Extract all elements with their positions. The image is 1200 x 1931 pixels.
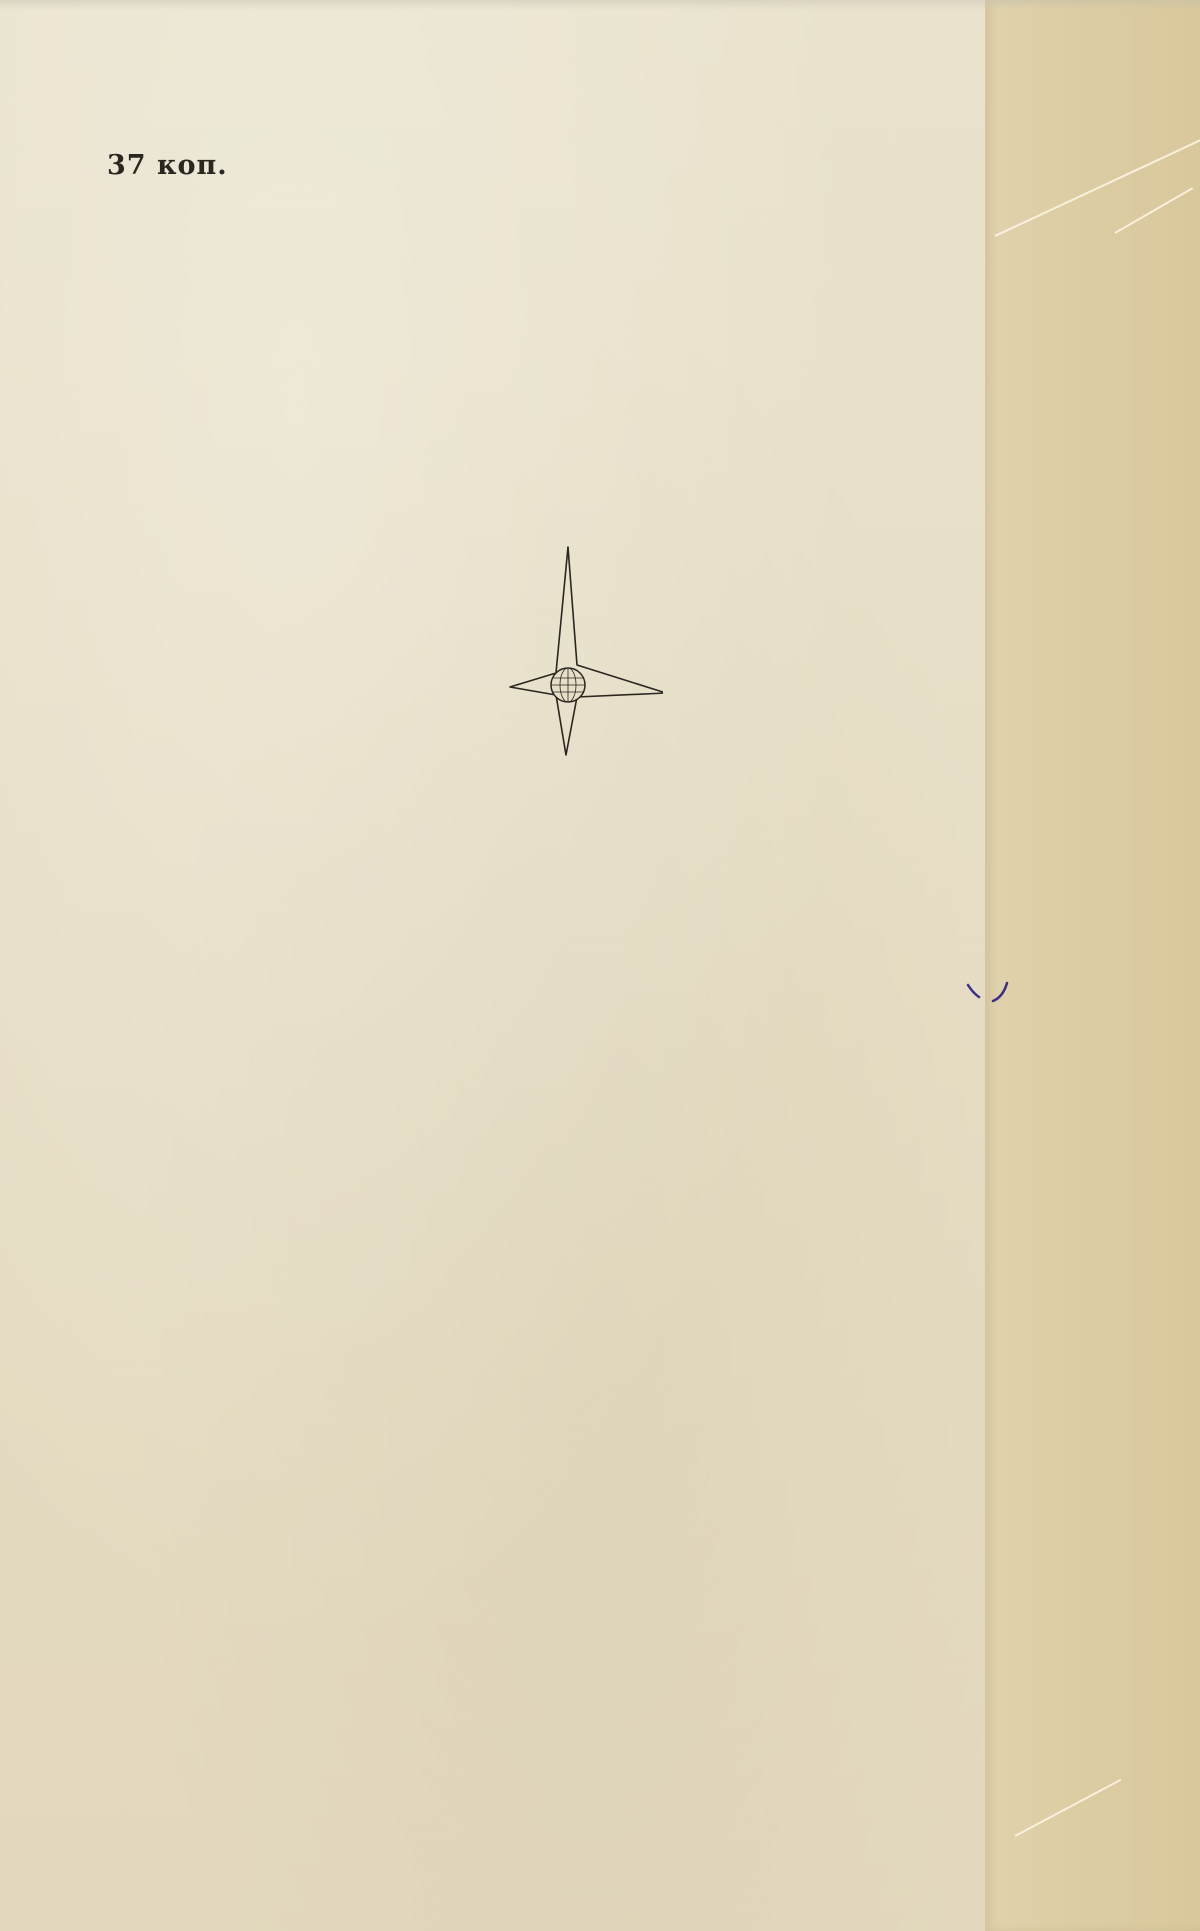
star-globe-emblem-icon [508,545,663,760]
price-label: 37 коп. [107,150,228,181]
spine-strip [985,0,1200,1931]
blue-ink-mark [965,975,1015,1010]
back-cover: 37 коп. [0,0,985,1931]
top-edge [0,0,1200,10]
